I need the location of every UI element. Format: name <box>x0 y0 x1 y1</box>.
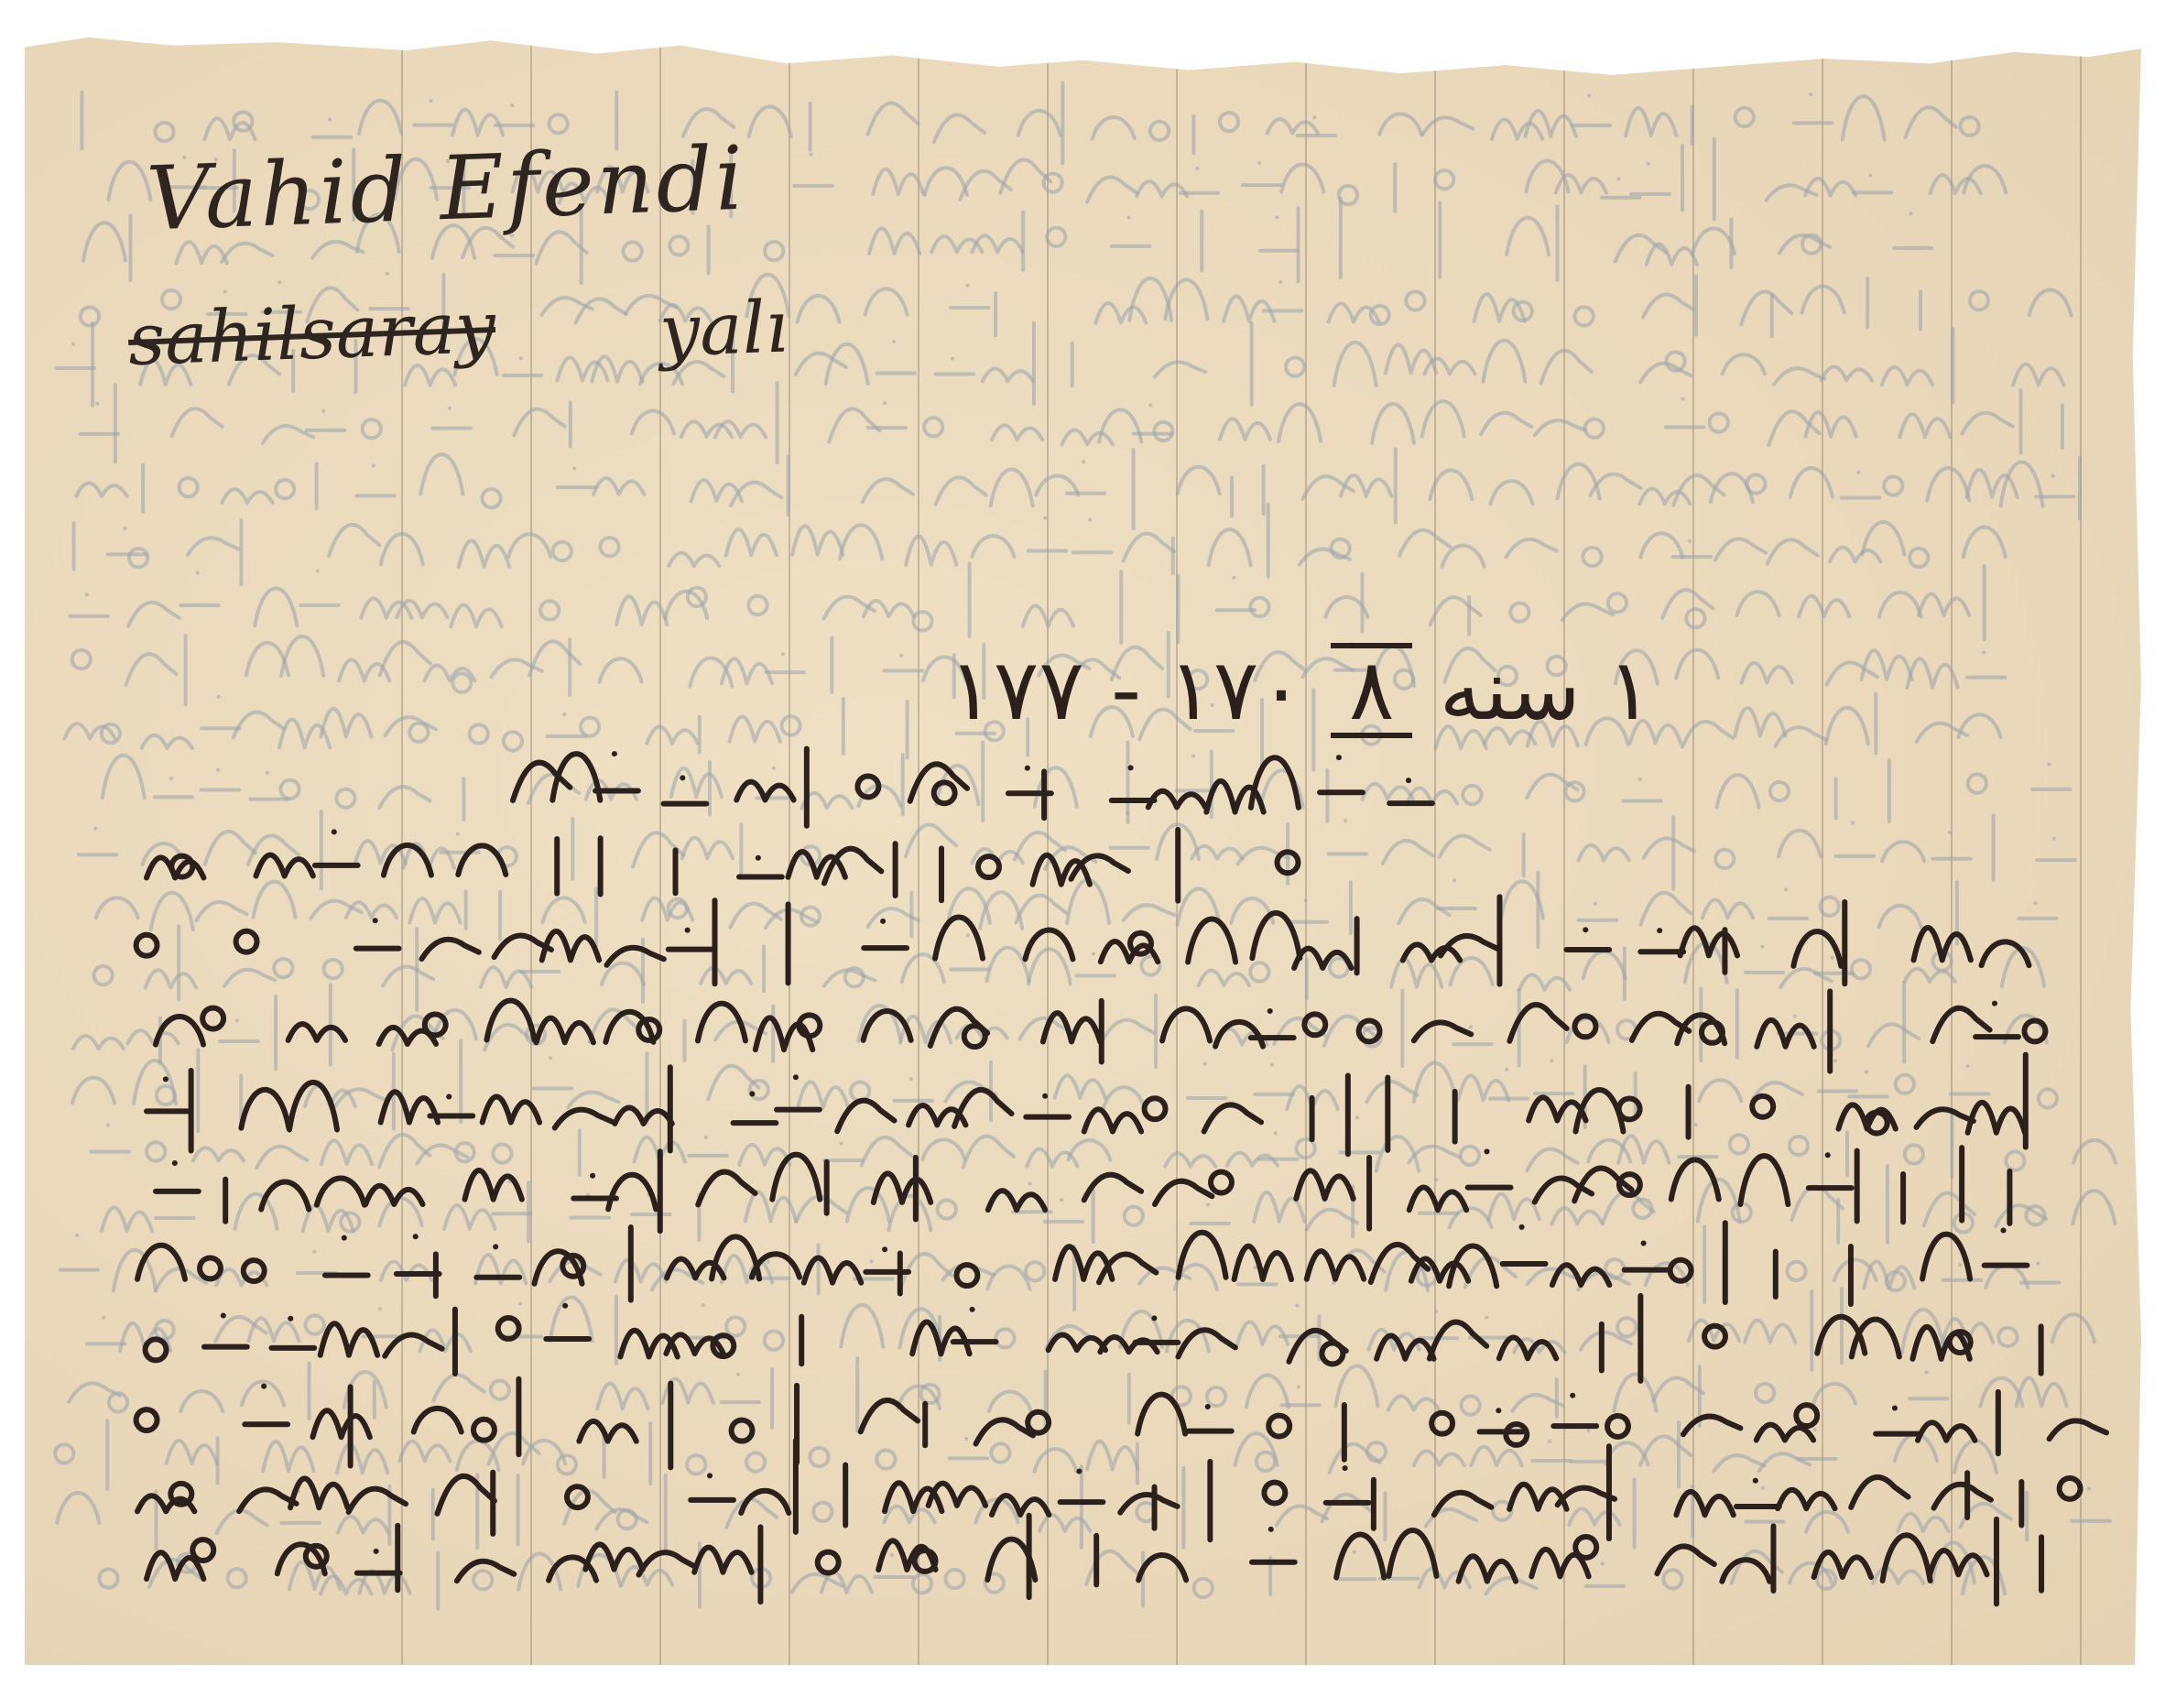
shorthand-stroke <box>585 1544 642 1569</box>
shorthand-stroke <box>1814 1552 1871 1577</box>
shorthand-stroke <box>1575 1016 1596 1037</box>
shorthand-stroke <box>241 1090 288 1128</box>
shorthand-stroke <box>1468 1151 1511 1187</box>
shorthand-stroke <box>397 1236 440 1274</box>
shorthand-stroke <box>698 1172 755 1205</box>
shorthand-stroke <box>595 754 638 790</box>
shorthand-stroke <box>1162 1008 1210 1040</box>
shorthand-stroke <box>537 1018 593 1043</box>
shorthand-stroke <box>1441 936 1497 956</box>
shorthand-stroke <box>1916 1109 1973 1127</box>
shorthand-stroke <box>542 931 599 961</box>
shorthand-stroke <box>1566 930 1609 950</box>
shorthand-stroke <box>1409 1187 1466 1210</box>
shorthand-stroke <box>146 1339 167 1360</box>
shorthand-stroke <box>1307 1251 1364 1278</box>
shorthand-stroke <box>698 1004 745 1041</box>
shorthand-stroke <box>1930 1550 1986 1574</box>
shorthand-stroke <box>615 1108 671 1124</box>
shorthand-stroke <box>1968 1103 2025 1133</box>
shorthand-stroke <box>256 855 312 876</box>
shorthand-stroke <box>1607 1416 1628 1437</box>
shorthand-stroke <box>1112 767 1155 800</box>
shorthand-stroke <box>1252 1529 1295 1562</box>
shorthand-stroke <box>1985 1230 2028 1265</box>
shorthand-stroke <box>2060 1478 2081 1499</box>
shorthand-stroke <box>1043 1013 1100 1041</box>
shorthand-stroke <box>1252 913 1300 958</box>
shorthand-stroke <box>1120 1495 1177 1513</box>
shorthand-stroke <box>1553 1396 1596 1426</box>
shorthand-stroke <box>425 1014 446 1035</box>
shorthand-stroke <box>1851 1477 1908 1507</box>
shorthand-stroke <box>1137 1395 1185 1434</box>
shorthand-stroke <box>864 1011 911 1040</box>
shorthand-stroke <box>204 1316 247 1347</box>
shorthand-stroke <box>192 1539 213 1561</box>
shorthand-stroke <box>861 1400 918 1431</box>
shorthand-stroke <box>1336 1534 1384 1577</box>
shorthand-stroke <box>736 782 793 800</box>
shorthand-stroke <box>1188 919 1235 963</box>
shorthand-stroke <box>1671 1159 1719 1199</box>
shorthand-stroke <box>956 1265 977 1286</box>
shorthand-stroke <box>1028 1412 1049 1433</box>
shorthand-stroke <box>878 1540 935 1570</box>
shorthand-stroke <box>288 1024 345 1040</box>
shorthand-stroke <box>1681 928 1737 955</box>
shorthand-stroke <box>1179 1233 1226 1278</box>
shorthand-stroke <box>608 1175 656 1210</box>
shorthand-stroke <box>1683 1417 1740 1435</box>
shorthand-stroke <box>1084 1175 1141 1201</box>
shorthand-stroke <box>912 1322 969 1354</box>
shorthand-stroke <box>772 1155 820 1200</box>
shorthand-stroke <box>271 1319 314 1348</box>
shorthand-stroke <box>1918 1422 1975 1441</box>
shorthand-stroke <box>988 1191 1045 1210</box>
shorthand-stroke <box>1736 1481 1779 1507</box>
shorthand-stroke <box>156 1017 203 1045</box>
shorthand-stroke <box>1099 1254 1156 1282</box>
shorthand-stroke <box>1575 1090 1623 1132</box>
shorthand-stroke <box>1322 1343 1343 1364</box>
shorthand-stroke <box>606 948 663 965</box>
shorthand-stroke <box>1155 1181 1212 1204</box>
shorthand-stroke <box>365 1186 422 1204</box>
shorthand-stroke <box>244 1260 265 1281</box>
shorthand-stroke <box>147 1079 190 1111</box>
shorthand-stroke <box>2050 1420 2106 1439</box>
shorthand-stroke <box>1934 1485 1991 1508</box>
shorthand-stroke <box>1670 1260 1692 1281</box>
shorthand-stroke <box>1204 1104 1261 1131</box>
shorthand-stroke <box>1459 1556 1516 1581</box>
shorthand-stroke <box>2025 1020 2046 1041</box>
shorthand-stroke <box>1033 855 1090 885</box>
shorthand-stroke <box>1552 1265 1609 1285</box>
shorthand-stroke <box>464 1170 521 1200</box>
shorthand-stroke <box>1431 1413 1452 1434</box>
shorthand-stroke <box>457 1561 514 1581</box>
shorthand-stroke <box>1320 757 1363 792</box>
shorthand-stroke <box>486 1000 534 1039</box>
shorthand-stroke <box>1189 1407 1232 1431</box>
shorthand-stroke <box>694 1548 751 1572</box>
shorthand-stroke <box>1449 1246 1496 1287</box>
shorthand-stroke <box>473 1420 495 1441</box>
shorthand-stroke <box>1430 1322 1486 1359</box>
shorthand-stroke <box>1509 1005 1566 1041</box>
shorthand-stroke <box>1235 1246 1291 1279</box>
shorthand-stroke <box>356 920 399 948</box>
shorthand-stroke <box>421 940 478 959</box>
shorthand-stroke <box>357 1551 400 1573</box>
shorthand-stroke <box>1403 944 1460 960</box>
shorthand-stroke <box>1049 1334 1105 1350</box>
shorthand-stroke <box>1268 1416 1289 1437</box>
shorthand-stroke <box>992 1496 1049 1515</box>
shorthand-stroke <box>976 1420 1033 1443</box>
shorthand-stroke <box>739 858 782 877</box>
shorthand-stroke <box>1676 1492 1733 1515</box>
shorthand-stroke <box>236 931 257 952</box>
shorthand-stroke <box>1657 1546 1714 1573</box>
shorthand-stroke <box>555 1110 612 1128</box>
shorthand-stroke <box>414 1409 462 1432</box>
shorthand-stroke <box>874 1173 930 1202</box>
shorthand-stroke <box>1178 1330 1235 1356</box>
shorthand-stroke <box>1876 1408 1919 1433</box>
shorthand-stroke <box>1072 855 1128 878</box>
shorthand-stroke <box>289 1082 337 1130</box>
shorthand-stroke <box>1148 791 1205 808</box>
shorthand-stroke <box>476 1246 519 1277</box>
shorthand-stroke <box>1778 1490 1834 1508</box>
shorthand-stroke <box>1852 1320 1899 1357</box>
shorthand-stroke <box>458 845 506 875</box>
shorthand-stroke <box>978 856 999 877</box>
shorthand-stroke <box>136 1409 158 1431</box>
shorthand-stroke <box>664 778 707 803</box>
shorthand-stroke <box>1625 1243 1668 1269</box>
shorthand-stroke <box>1296 1170 1353 1199</box>
shorthand-stroke <box>1503 1227 1546 1264</box>
shorthand-stroke <box>1389 780 1432 803</box>
shorthand-stroke <box>1499 1337 1556 1358</box>
shorthand-stroke <box>734 1093 777 1123</box>
shorthand-stroke <box>1914 928 1971 960</box>
shorthand-stroke <box>136 935 158 956</box>
shorthand-stroke <box>321 1323 377 1354</box>
shorthand-stroke <box>857 776 878 797</box>
shorthand-stroke <box>1796 1405 1817 1426</box>
shorthand-stroke <box>1388 1530 1436 1576</box>
shorthand-stroke <box>1619 1098 1640 1119</box>
shorthand-stroke <box>349 1489 406 1512</box>
shorthand-stroke <box>691 1475 734 1499</box>
shorthand-stroke <box>498 1318 519 1339</box>
shorthand-stroke <box>934 782 955 803</box>
shorthand-stroke <box>953 1310 996 1342</box>
shorthand-stroke <box>837 1101 894 1132</box>
shorthand-stroke <box>741 1491 789 1513</box>
shorthand-stroke <box>1704 1326 1725 1347</box>
shorthand-stroke <box>546 1306 589 1339</box>
shorthand-stroke <box>483 1097 539 1123</box>
shorthand-stroke <box>200 1257 221 1278</box>
shorthand-stroke <box>1084 1109 1141 1131</box>
shorthand-stroke <box>1575 1537 1596 1558</box>
shorthand-stroke <box>1480 1410 1523 1431</box>
shorthand-stroke <box>732 1420 753 1441</box>
shorthand-stroke <box>552 754 600 800</box>
shorthand-stroke <box>1294 949 1351 968</box>
shorthand-stroke <box>1376 1336 1433 1359</box>
shorthand-stroke <box>1304 1014 1325 1035</box>
shorthand-stroke <box>579 1421 636 1441</box>
shorthand-stroke <box>1215 1022 1263 1047</box>
shorthand-stroke <box>438 1476 495 1514</box>
shorthand-stroke <box>935 918 983 959</box>
shorthand-stroke <box>1414 1022 1471 1040</box>
shorthand-stroke <box>1411 1259 1468 1281</box>
shorthand-stroke <box>156 1163 199 1191</box>
shorthand-stroke <box>1722 1560 1769 1582</box>
shorthand-stroke <box>818 1552 839 1573</box>
shorthand-stroke <box>1982 941 2029 965</box>
shorthand-stroke <box>1922 1235 1970 1279</box>
shorthand-stroke <box>1026 1096 1069 1117</box>
shorthand-stroke <box>804 1258 861 1283</box>
shorthand-stroke <box>137 1246 185 1279</box>
shorthand-stroke <box>1757 1020 1813 1047</box>
shorthand-stroke <box>1434 1493 1491 1515</box>
shorthand-stroke <box>202 1008 223 1029</box>
shorthand-stroke <box>1359 1020 1380 1041</box>
shorthand-stroke <box>325 1238 368 1276</box>
shorthand-stroke <box>1809 1155 1852 1188</box>
shorthand-stroke <box>1264 1483 1285 1504</box>
shorthand-stroke <box>864 921 907 948</box>
shorthand-stroke <box>777 1077 820 1109</box>
shorthand-stroke <box>1640 930 1683 952</box>
shorthand-stroke <box>964 1026 985 1047</box>
shorthand-stroke <box>312 1410 369 1437</box>
shorthand-stroke <box>824 849 881 884</box>
shorthand-stroke <box>1145 1098 1166 1119</box>
shorthand-stroke <box>317 1179 364 1205</box>
shorthand-stroke <box>1506 1424 1527 1445</box>
shorthand-stroke <box>1211 1172 1232 1193</box>
shorthand-stroke <box>1138 1555 1186 1580</box>
shorthand-stroke <box>1061 1471 1104 1502</box>
shorthand-stroke <box>1740 1156 1788 1204</box>
shorthand-stroke <box>1326 1468 1369 1503</box>
shorthand-stroke <box>385 1335 441 1356</box>
shorthand-stroke <box>1793 931 1841 966</box>
shorthand-stroke <box>261 1181 309 1209</box>
shorthand-stroke <box>1883 1535 1931 1581</box>
shorthand-stroke <box>1025 930 1072 960</box>
shorthand-stroke <box>669 930 712 950</box>
shorthand-stroke <box>315 832 358 865</box>
shorthand-stroke <box>1752 1096 1773 1117</box>
shorthand-stroke <box>384 845 431 876</box>
shorthand-stroke <box>638 1552 695 1574</box>
shorthand-stroke <box>1278 852 1299 873</box>
shorthand-stroke <box>245 1387 288 1425</box>
shorthand-body-text <box>0 0 2165 1708</box>
shorthand-stroke <box>567 1486 588 1507</box>
